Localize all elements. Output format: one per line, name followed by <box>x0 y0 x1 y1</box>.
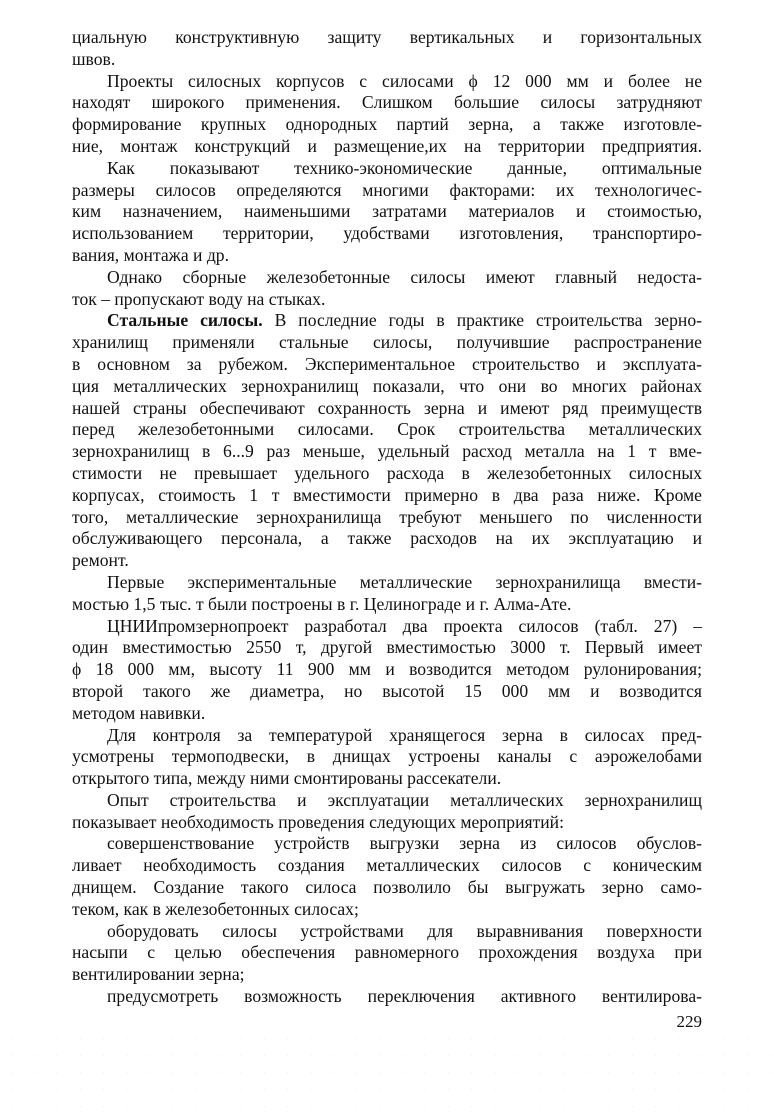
text-line: Проекты силосных корпусов с силосами ϕ 1… <box>72 71 702 93</box>
text-line: второй такого же диаметра, но высотой 15… <box>72 681 702 703</box>
text-line: Как показывают технико-экономические дан… <box>72 158 702 180</box>
text-line: ток – пропускают воду на стыках. <box>72 289 702 311</box>
text-line: находят широкого применения. Слишком бол… <box>72 92 702 114</box>
text-line: Первые экспериментальные металлические з… <box>72 572 702 594</box>
text-body: циальную конструктивную защиту вертикаль… <box>72 27 702 1008</box>
text-line: ние, монтаж конструкций и размещение,их … <box>72 136 702 158</box>
page-number: 229 <box>677 1011 703 1032</box>
text-line: Для контроля за температурой хранящегося… <box>72 725 702 747</box>
section-heading: Стальные силосы. <box>107 310 263 330</box>
text-line: формирование крупных однородных партий з… <box>72 114 702 136</box>
text-line: совершенствование устройств выгрузки зер… <box>72 833 702 855</box>
text-line: обслуживающего персонала, а также расход… <box>72 528 702 550</box>
text-line: корпусах, стоимость 1 т вместимости прим… <box>72 485 702 507</box>
text-line: открытого типа, между ними смонтированы … <box>72 768 702 790</box>
text-line: оборудовать силосы устройствами для выра… <box>72 921 702 943</box>
text-line: швов. <box>72 49 702 71</box>
text-line: ремонт. <box>72 550 702 572</box>
text-line: Опыт строительства и эксплуатации металл… <box>72 790 702 812</box>
text-line: вания, монтажа и др. <box>72 245 702 267</box>
text-line: один вместимостью 2550 т, другой вместим… <box>72 637 702 659</box>
text-line: вентилировании зерна; <box>72 964 702 986</box>
text-line: методом навивки. <box>72 703 702 725</box>
text-line: использованием территории, удобствами из… <box>72 223 702 245</box>
text-line: стимости не превышает удельного расхода … <box>72 463 702 485</box>
text-line: хранилищ применяли стальные силосы, полу… <box>72 332 702 354</box>
text-line: циальную конструктивную защиту вертикаль… <box>72 27 702 49</box>
text-line: ливает необходимость создания металличес… <box>72 855 702 877</box>
text-line: ϕ 18 000 мм, высоту 11 900 мм и возводит… <box>72 659 702 681</box>
text-line: перед железобетонными силосами. Срок стр… <box>72 419 702 441</box>
text-line: насыпи с целью обеспечения равномерного … <box>72 942 702 964</box>
text-run: В последние годы в практике строительств… <box>263 310 702 330</box>
text-line: размеры силосов определяются многими фак… <box>72 180 702 202</box>
section-heading-line: Стальные силосы. В последние годы в прак… <box>72 310 702 332</box>
text-line: зернохранилищ в 6...9 раз меньше, удельн… <box>72 441 702 463</box>
text-line: днищем. Создание такого силоса позволило… <box>72 877 702 899</box>
text-line: нашей страны обеспечивают сохранность зе… <box>72 398 702 420</box>
text-line: Однако сборные железобетонные силосы име… <box>72 267 702 289</box>
text-line: показывает необходимость проведения след… <box>72 812 702 834</box>
text-line: усмотрены термоподвески, в днищах устрое… <box>72 746 702 768</box>
text-line: ЦНИИпромзернопроект разработал два проек… <box>72 616 702 638</box>
document-page: циальную конструктивную защиту вертикаль… <box>0 0 774 1120</box>
text-line: теком, как в железобетонных силосах; <box>72 899 702 921</box>
text-line: мостью 1,5 тыс. т были построены в г. Це… <box>72 594 702 616</box>
text-line: предусмотреть возможность переключения а… <box>72 986 702 1008</box>
text-line: ция металлических зернохранилищ показали… <box>72 376 702 398</box>
text-line: ким назначением, наименьшими затратами м… <box>72 201 702 223</box>
text-line: того, металлические зернохранилища требу… <box>72 507 702 529</box>
scan-noise <box>0 1030 774 1120</box>
text-line: в основном за рубежом. Экспериментальное… <box>72 354 702 376</box>
